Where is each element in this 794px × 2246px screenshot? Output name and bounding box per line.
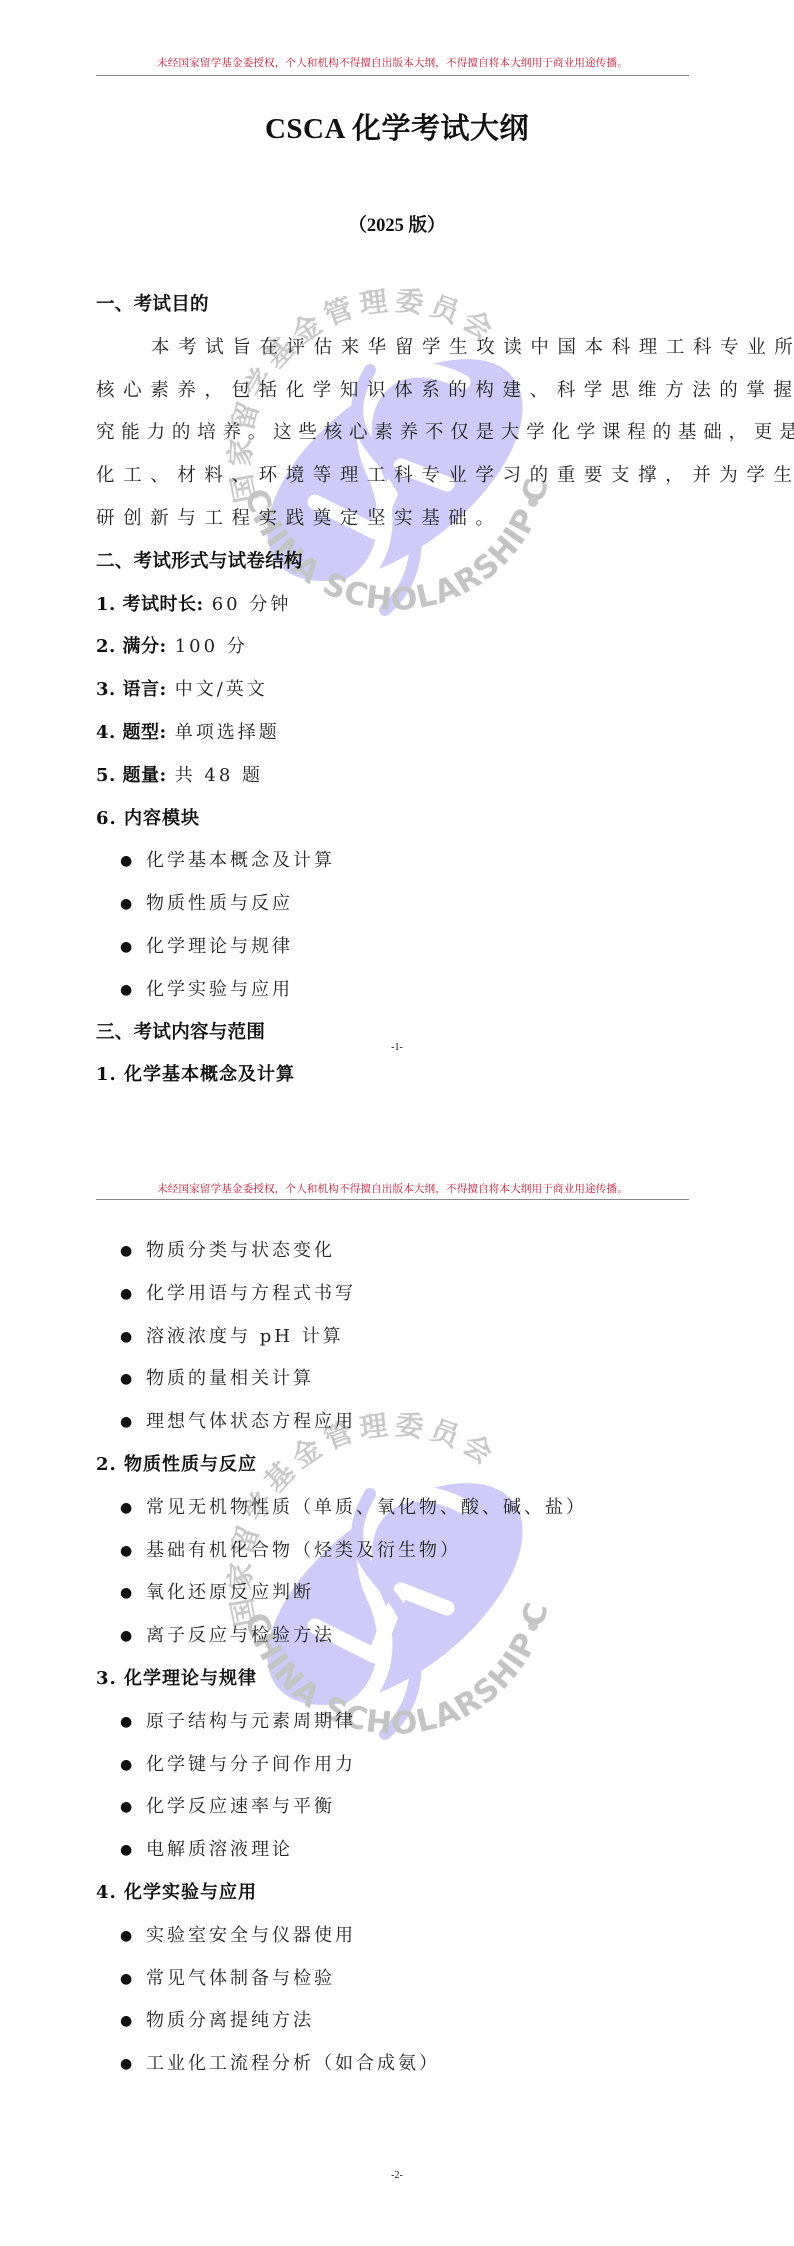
list-item: ●物质分类与状态变化 [96,1230,697,1273]
bullet-icon: ● [120,1829,132,1872]
list-item: ●实验室安全与仪器使用 [96,1915,697,1958]
bullet-icon: ● [120,1915,132,1958]
bullet-icon: ● [120,1273,132,1316]
list-item: ●化学反应速率与平衡 [96,1786,697,1829]
list-item: ●原子结构与元素周期律 [96,1701,697,1744]
bullet-icon: ● [120,1786,132,1829]
format-item-question-count: 5. 题量:共 48 题 [96,755,697,798]
purpose-paragraph-line: 本考试旨在评估来华留学生攻读中国本科理工科专业所需的化学 [96,327,697,370]
subsection-properties-reactions: 2. 物质性质与反应 [96,1444,697,1487]
purpose-paragraph-line: 化工、材料、环境等理工科专业学习的重要支撑，并为学生未来的科 [96,455,697,498]
bullet-icon: ● [120,2000,132,2043]
list-item: ●常见无机物性质（单质、氧化物、酸、碱、盐） [96,1487,697,1530]
copyright-notice-header: 未经国家留学基金委授权，个人和机构不得擅自出版本大纲，不得擅自将本大纲用于商业用… [96,1181,689,1196]
bullet-icon: ● [120,1358,132,1401]
format-item-question-type: 4. 题型:单项选择题 [96,712,697,755]
item-label: 1. 考试时长: [96,594,204,615]
list-item: ●常见气体制备与检验 [96,1958,697,2001]
header-rule [96,75,689,76]
list-item: ●物质的量相关计算 [96,1358,697,1401]
bullet-icon: ● [120,926,132,969]
page-1: 未经国家留学基金委授权，个人和机构不得擅自出版本大纲，不得擅自将本大纲用于商业用… [0,0,794,1123]
item-label: 3. 语言: [96,679,167,700]
page-2-body: ●物质分类与状态变化 ●化学用语与方程式书写 ●溶液浓度与 pH 计算 ●物质的… [96,1230,697,2086]
copyright-notice-header: 未经国家留学基金委授权，个人和机构不得擅自出版本大纲，不得擅自将本大纲用于商业用… [96,55,689,70]
bullet-icon: ● [120,1530,132,1573]
purpose-paragraph-line: 研创新与工程实践奠定坚实基础。 [96,498,697,541]
subsection-theory-laws: 3. 化学理论与规律 [96,1658,697,1701]
item-value: 100 分 [175,636,248,657]
bullet-icon: ● [120,1744,132,1787]
section-heading-purpose: 一、考试目的 [96,284,697,327]
purpose-paragraph-line: 究能力的培养。这些核心素养不仅是大学化学课程的基础，更是化学、 [96,412,697,455]
list-item: ●工业化工流程分析（如合成氨） [96,2043,697,2086]
page-1-body: 一、考试目的 本考试旨在评估来华留学生攻读中国本科理工科专业所需的化学 核心素养… [96,284,697,1097]
page-number: -2- [0,2170,794,2181]
bullet-icon: ● [120,2043,132,2086]
bullet-icon: ● [120,1316,132,1359]
item-value: 中文/英文 [175,679,268,700]
format-item-language: 3. 语言:中文/英文 [96,669,697,712]
section-heading-content: 三、考试内容与范围 [96,1012,697,1055]
bullet-icon: ● [120,969,132,1012]
bullet-icon: ● [120,1615,132,1658]
content-modules-label: 6. 内容模块 [96,798,697,841]
list-item: ●离子反应与检验方法 [96,1615,697,1658]
item-value: 60 分钟 [212,594,292,615]
bullet-icon: ● [120,1230,132,1273]
list-item: ●电解质溶液理论 [96,1829,697,1872]
list-item: ●化学键与分子间作用力 [96,1744,697,1787]
list-item: ●基础有机化合物（烃类及衍生物） [96,1530,697,1573]
item-value: 单项选择题 [175,722,280,743]
format-item-duration: 1. 考试时长:60 分钟 [96,584,697,627]
document-subtitle: （2025 版） [0,211,794,237]
header-rule [96,1199,689,1200]
format-item-score: 2. 满分:100 分 [96,626,697,669]
list-item: ●氧化还原反应判断 [96,1572,697,1615]
list-item: ●化学实验与应用 [96,969,697,1012]
bullet-icon: ● [120,840,132,883]
item-value: 共 48 题 [175,765,263,786]
list-item: ●物质性质与反应 [96,883,697,926]
list-item: ●理想气体状态方程应用 [96,1401,697,1444]
item-label: 4. 题型: [96,722,167,743]
bullet-icon: ● [120,883,132,926]
list-item: ●化学用语与方程式书写 [96,1273,697,1316]
bullet-icon: ● [120,1701,132,1744]
subsection-experiments-applications: 4. 化学实验与应用 [96,1872,697,1915]
bullet-icon: ● [120,1572,132,1615]
subsection-basic-concepts: 1. 化学基本概念及计算 [96,1054,697,1097]
list-item: ●溶液浓度与 pH 计算 [96,1316,697,1359]
document-title: CSCA 化学考试大纲 [0,106,794,147]
purpose-paragraph-line: 核心素养，包括化学知识体系的构建、科学思维方法的掌握和实验探 [96,370,697,413]
list-item: ●物质分离提纯方法 [96,2000,697,2043]
item-label: 2. 满分: [96,636,167,657]
list-item: ●化学理论与规律 [96,926,697,969]
bullet-icon: ● [120,1487,132,1530]
list-item: ●化学基本概念及计算 [96,840,697,883]
bullet-icon: ● [120,1401,132,1444]
item-label: 5. 题量: [96,765,167,786]
bullet-icon: ● [120,1958,132,2001]
section-heading-format: 二、考试形式与试卷结构 [96,541,697,584]
page-2: 未经国家留学基金委授权，个人和机构不得擅自出版本大纲，不得擅自将本大纲用于商业用… [0,1123,794,2246]
